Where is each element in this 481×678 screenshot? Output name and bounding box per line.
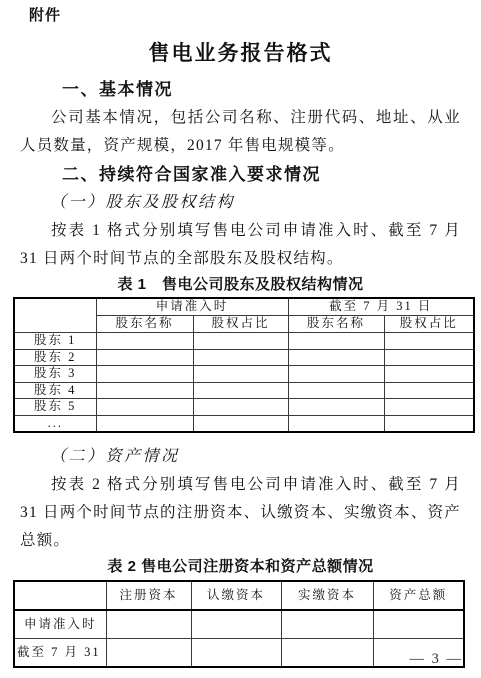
input-cell xyxy=(288,399,384,416)
table2-header-subscribed-capital: 认缴资本 xyxy=(191,581,281,610)
table2-header-total-assets: 资产总额 xyxy=(373,581,464,610)
input-cell xyxy=(384,382,474,399)
input-cell xyxy=(193,333,288,350)
section-basic-heading: 一、基本情况 xyxy=(20,79,461,101)
input-cell xyxy=(384,415,474,432)
table-row: 股东 2 xyxy=(14,349,474,366)
input-cell xyxy=(373,610,464,639)
table-row: 申请准入时 xyxy=(14,610,464,639)
table1-corner-cell xyxy=(14,298,96,333)
input-cell xyxy=(96,415,193,432)
table1-subheader-equity-ratio-2: 股权占比 xyxy=(384,316,474,333)
input-cell xyxy=(106,639,191,668)
input-cell xyxy=(384,366,474,383)
table2-row-label: 截至 7 月 31 日 xyxy=(14,639,106,668)
table1-row-label: 股东 2 xyxy=(14,349,96,366)
input-cell xyxy=(288,349,384,366)
section-basic-paragraph: 公司基本情况，包括公司名称、注册代码、地址、从业人员数量，资产规模，2017 年… xyxy=(20,104,461,160)
table2-header-registered-capital: 注册资本 xyxy=(106,581,191,610)
document-title: 售电业务报告格式 xyxy=(20,40,461,66)
subsection-asset-heading: （二）资产情况 xyxy=(20,446,461,468)
table1-row-label: 股东 5 xyxy=(14,399,96,416)
table2-header-paidin-capital: 实缴资本 xyxy=(281,581,373,610)
table2-caption: 表 2 售电公司注册资本和资产总额情况 xyxy=(20,557,461,577)
table1-subheader-equity-ratio-1: 股权占比 xyxy=(193,316,288,333)
table-row: 股东 1 xyxy=(14,333,474,350)
input-cell xyxy=(281,639,373,668)
input-cell xyxy=(193,415,288,432)
table1-group-header-row: 申请准入时 截至 7 月 31 日 xyxy=(14,298,474,316)
subsection-asset-paragraph: 按表 2 格式分别填写售电公司申请准入时、截至 7 月 31 日两个时间节点的注… xyxy=(20,471,461,555)
page-number: — 3 — xyxy=(410,651,464,668)
input-cell xyxy=(193,366,288,383)
table2-row-label: 申请准入时 xyxy=(14,610,106,639)
input-cell xyxy=(193,399,288,416)
table-row: 股东 5 xyxy=(14,399,474,416)
input-cell xyxy=(281,610,373,639)
section-compliance-heading: 二、持续符合国家准入要求情况 xyxy=(20,164,461,186)
table2-capital-assets: 注册资本 认缴资本 实缴资本 资产总额 申请准入时 截至 7 月 31 日 xyxy=(13,580,465,668)
input-cell xyxy=(288,415,384,432)
table-row: 截至 7 月 31 日 xyxy=(14,639,464,668)
input-cell xyxy=(193,382,288,399)
table1-group-header-july31: 截至 7 月 31 日 xyxy=(288,298,474,316)
input-cell xyxy=(384,349,474,366)
subsection-shareholder-heading: （一）股东及股权结构 xyxy=(20,192,461,214)
table1-row-label: 股东 3 xyxy=(14,366,96,383)
input-cell xyxy=(96,333,193,350)
table1-caption: 表 1 售电公司股东及股权结构情况 xyxy=(20,275,461,295)
input-cell xyxy=(288,382,384,399)
table1-row-label: 股东 1 xyxy=(14,333,96,350)
table-row: 股东 3 xyxy=(14,366,474,383)
table1-subheader-shareholder-name-1: 股东名称 xyxy=(96,316,193,333)
input-cell xyxy=(96,399,193,416)
table-row: 股东 4 xyxy=(14,382,474,399)
attachment-label: 附件 xyxy=(29,6,461,26)
input-cell xyxy=(384,399,474,416)
input-cell xyxy=(191,639,281,668)
document-page: 附件 售电业务报告格式 一、基本情况 公司基本情况，包括公司名称、注册代码、地址… xyxy=(0,0,481,678)
input-cell xyxy=(288,333,384,350)
input-cell xyxy=(288,366,384,383)
input-cell xyxy=(106,610,191,639)
table-row-ellipsis: ... xyxy=(14,415,474,432)
input-cell xyxy=(96,366,193,383)
input-cell xyxy=(96,382,193,399)
table2-corner-cell xyxy=(14,581,106,610)
table2-header-row: 注册资本 认缴资本 实缴资本 资产总额 xyxy=(14,581,464,610)
table1-row-label: ... xyxy=(14,415,96,432)
input-cell xyxy=(193,349,288,366)
table1-row-label: 股东 4 xyxy=(14,382,96,399)
input-cell xyxy=(191,610,281,639)
table1-subheader-shareholder-name-2: 股东名称 xyxy=(288,316,384,333)
input-cell xyxy=(96,349,193,366)
table1-group-header-at-entry: 申请准入时 xyxy=(96,298,288,316)
subsection-shareholder-paragraph: 按表 1 格式分别填写售电公司申请准入时、截至 7 月 31 日两个时间节点的全… xyxy=(20,217,461,273)
table1-shareholder-structure: 申请准入时 截至 7 月 31 日 股东名称 股权占比 股东名称 股权占比 股东… xyxy=(13,297,475,433)
input-cell xyxy=(384,333,474,350)
